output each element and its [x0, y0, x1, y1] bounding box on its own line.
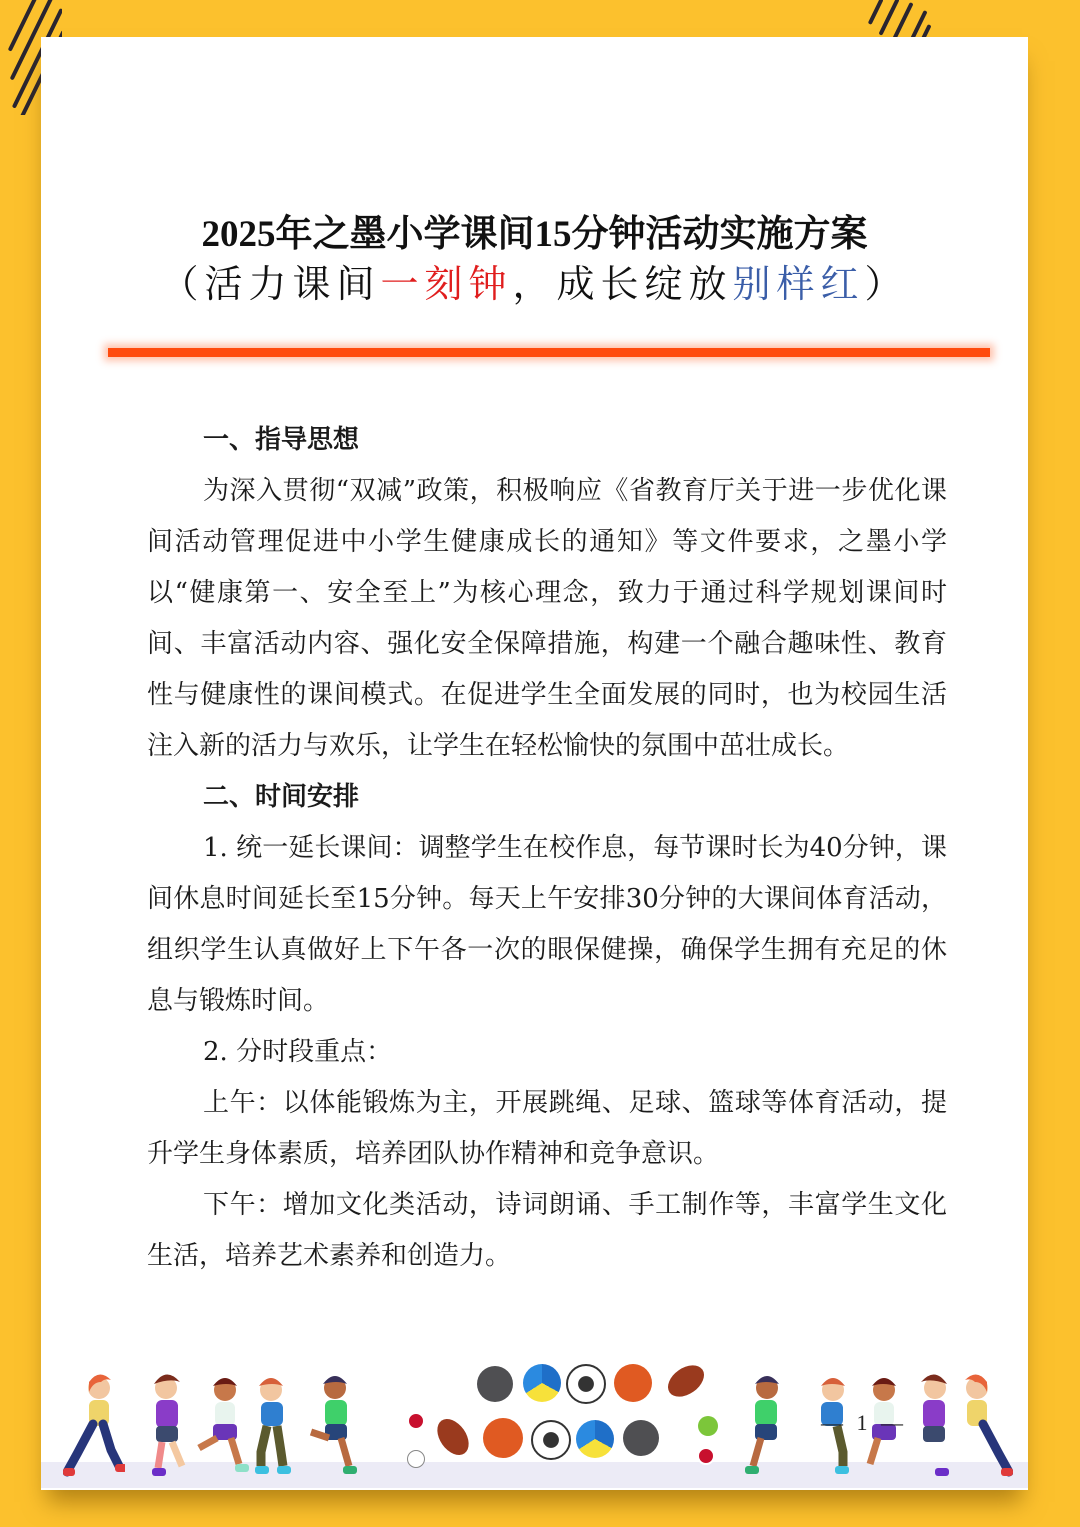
paragraph: 2. 分时段重点： — [147, 1027, 947, 1078]
running-child-illustration — [741, 1372, 803, 1482]
subtitle-part1: 活力课间 — [204, 262, 380, 306]
running-child-illustration — [136, 1372, 198, 1482]
subtitle-highlight-red: 一刻钟 — [380, 262, 512, 306]
soccer-ball-icon — [566, 1364, 606, 1404]
subtitle-highlight-blue: 别样红 — [733, 262, 865, 306]
baseball-icon — [407, 1412, 425, 1430]
paragraph: 为深入贯彻“双减”政策，积极响应《省教育厅关于进一步优化课间活动管理促进中小学生… — [147, 466, 947, 772]
soccer-ball-icon — [531, 1420, 571, 1460]
subtitle-close-paren: ） — [865, 262, 909, 306]
volleyball-icon — [523, 1364, 561, 1402]
document-title: 2025年之墨小学课间15分钟活动实施方案 — [41, 203, 1028, 257]
volleyball-icon — [576, 1420, 614, 1458]
basketball-icon — [483, 1418, 523, 1458]
subtitle-comma: ， — [512, 262, 556, 306]
subtitle-open-paren: （ — [160, 262, 204, 306]
running-child-illustration — [241, 1372, 303, 1482]
paragraph: 上午：以体能锻炼为主，开展跳绳、足球、篮球等体育活动，提升学生身体素质，培养团队… — [147, 1078, 947, 1180]
baseball-icon — [407, 1450, 425, 1468]
bowling-ball-icon — [477, 1366, 513, 1402]
paragraph: 1. 统一延长课间：调整学生在校作息，每节课时长为40分钟，课间休息时间延长至1… — [147, 823, 947, 1027]
paragraph: 下午：增加文化类活动，诗词朗诵、手工制作等，丰富学生文化生活，培养艺术素养和创造… — [147, 1180, 947, 1282]
running-child-illustration — [299, 1372, 361, 1482]
document-page: 2025年之墨小学课间15分钟活动实施方案 （活力课间一刻钟，成长绽放别样红） … — [41, 37, 1028, 1490]
section-heading-schedule: 二、时间安排 — [147, 772, 947, 823]
document-body: 一、指导思想 为深入贯彻“双减”政策，积极响应《省教育厅关于进一步优化课间活动管… — [147, 415, 947, 1282]
american-football-icon — [431, 1413, 475, 1461]
running-child-illustration — [63, 1372, 125, 1482]
page-number: — 1 — — [821, 1410, 907, 1436]
document-subtitle: （活力课间一刻钟，成长绽放别样红） — [41, 253, 1028, 308]
running-child-illustration — [951, 1372, 1013, 1482]
decorative-stripes-top-right — [830, 0, 940, 38]
basketball-icon — [614, 1364, 652, 1402]
decorative-stripes-top-left-inner — [40, 0, 62, 38]
baseball-icon — [697, 1447, 715, 1465]
subtitle-part2: 成长绽放 — [557, 262, 733, 306]
section-heading-guiding-thought: 一、指导思想 — [147, 415, 947, 466]
american-football-icon — [662, 1359, 710, 1403]
title-divider — [108, 348, 990, 357]
tennis-ball-icon — [698, 1416, 718, 1436]
bowling-ball-icon — [623, 1420, 659, 1456]
